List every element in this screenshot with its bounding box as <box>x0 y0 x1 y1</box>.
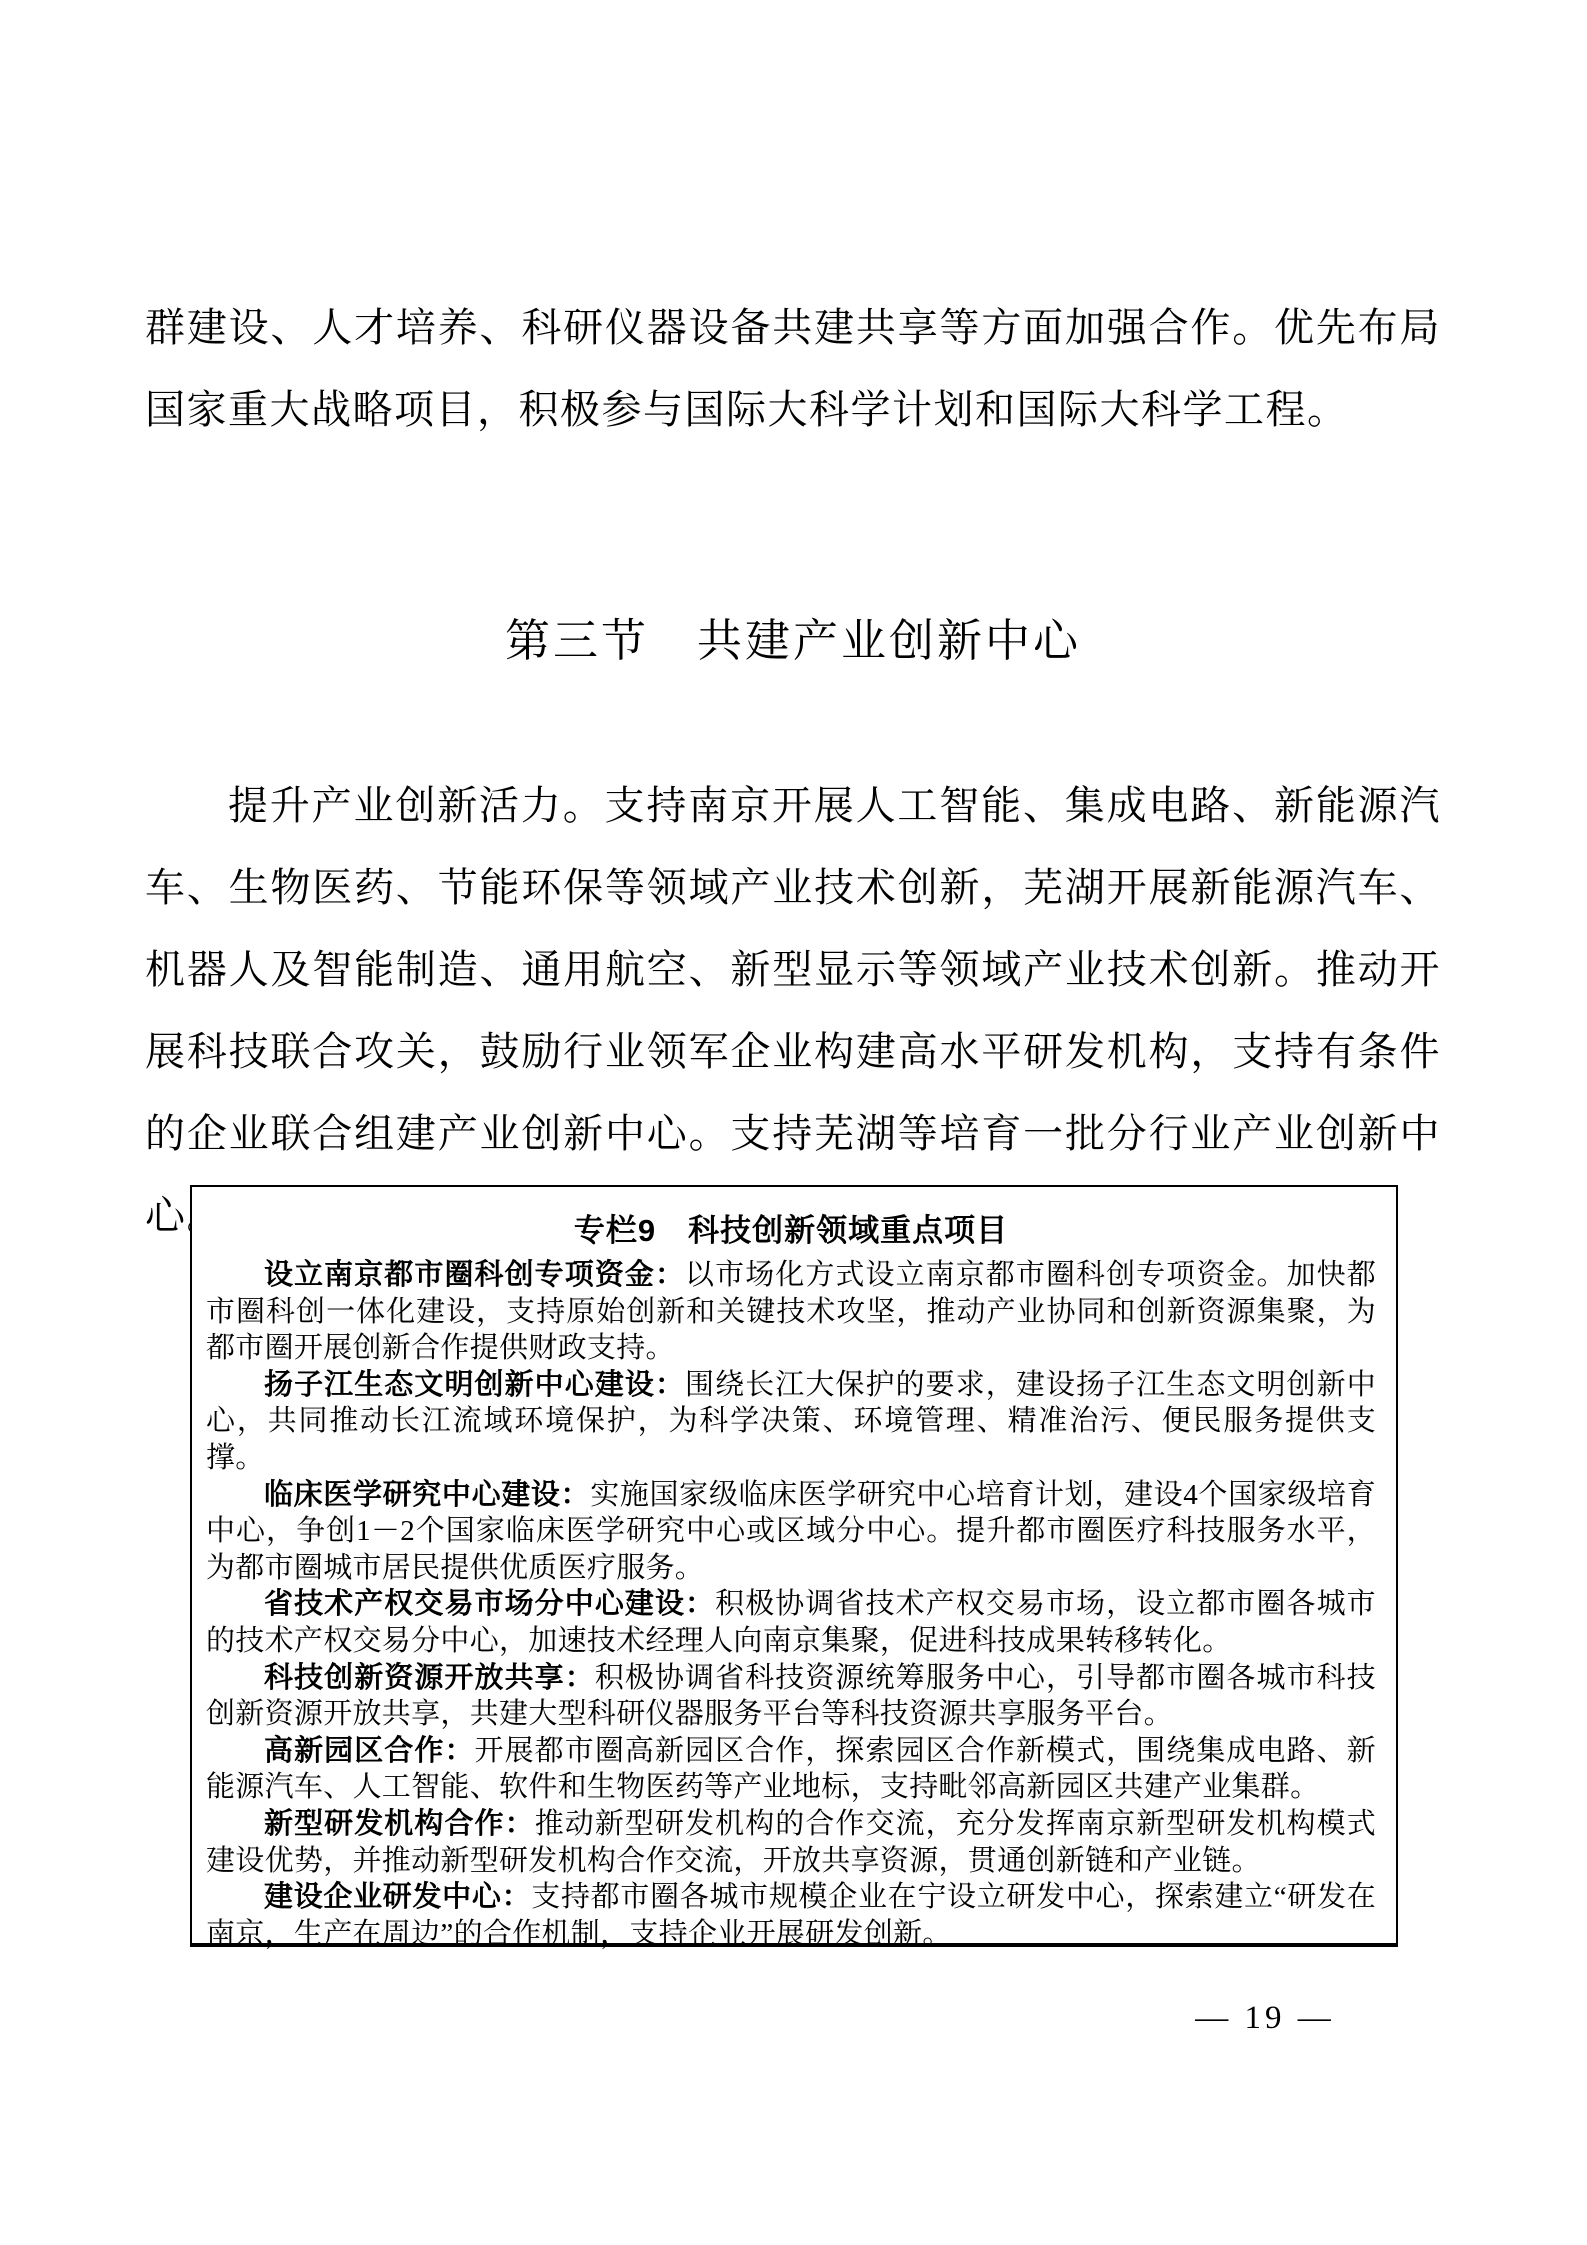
box-item-lead: 科技创新资源开放共享： <box>264 1662 595 1694</box>
box-item: 科技创新资源开放共享：积极协调省科技资源统筹服务中心，引导都市圈各城市科技创新资… <box>206 1660 1376 1733</box>
box-item-lead: 扬子江生态文明创新中心建设： <box>264 1369 685 1401</box>
box-item: 新型研发机构合作：推动新型研发机构的合作交流，充分发挥南京新型研发机构模式建设优… <box>206 1806 1376 1879</box>
box-item-lead: 临床医学研究中心建设： <box>264 1479 590 1511</box>
body-paragraph: 提升产业创新活力。支持南京开展人工智能、集成电路、新能源汽车、生物医药、节能环保… <box>145 765 1441 1257</box>
page-number: — 19 — <box>1115 2000 1415 2037</box>
intro-paragraph: 群建设、人才培养、科研仪器设备共建共享等方面加强合作。优先布局国家重大战略项目，… <box>145 287 1441 451</box>
box-item: 扬子江生态文明创新中心建设：围绕长江大保护的要求，建设扬子江生态文明创新中心，共… <box>206 1367 1376 1477</box>
box-item-lead: 设立南京都市圈科创专项资金： <box>264 1259 685 1291</box>
document-page: 群建设、人才培养、科研仪器设备共建共享等方面加强合作。优先布局国家重大战略项目，… <box>0 0 1587 2245</box>
column-box-title: 专栏9 科技创新领域重点项目 <box>206 1213 1376 1249</box>
box-item-lead: 高新园区合作： <box>264 1735 475 1767</box>
box-item-lead: 新型研发机构合作： <box>264 1808 535 1840</box>
box-item: 建设企业研发中心：支持都市圈各城市规模企业在宁设立研发中心，探索建立“研发在南京… <box>206 1879 1376 1952</box>
box-item: 设立南京都市圈科创专项资金：以市场化方式设立南京都市圈科创专项资金。加快都市圈科… <box>206 1257 1376 1367</box>
box-item-lead: 省技术产权交易市场分中心建设： <box>264 1588 715 1620</box>
box-item: 高新园区合作：开展都市圈高新园区合作，探索园区合作新模式，围绕集成电路、新能源汽… <box>206 1733 1376 1806</box>
box-item: 临床医学研究中心建设：实施国家级临床医学研究中心培育计划，建设4个国家级培育中心… <box>206 1477 1376 1587</box>
column-box: 专栏9 科技创新领域重点项目 设立南京都市圈科创专项资金：以市场化方式设立南京都… <box>190 1185 1398 1947</box>
box-item-lead: 建设企业研发中心： <box>264 1881 531 1913</box>
box-item: 省技术产权交易市场分中心建设：积极协调省技术产权交易市场，设立都市圈各城市的技术… <box>206 1586 1376 1659</box>
section-heading: 第三节 共建产业创新中心 <box>145 615 1441 667</box>
